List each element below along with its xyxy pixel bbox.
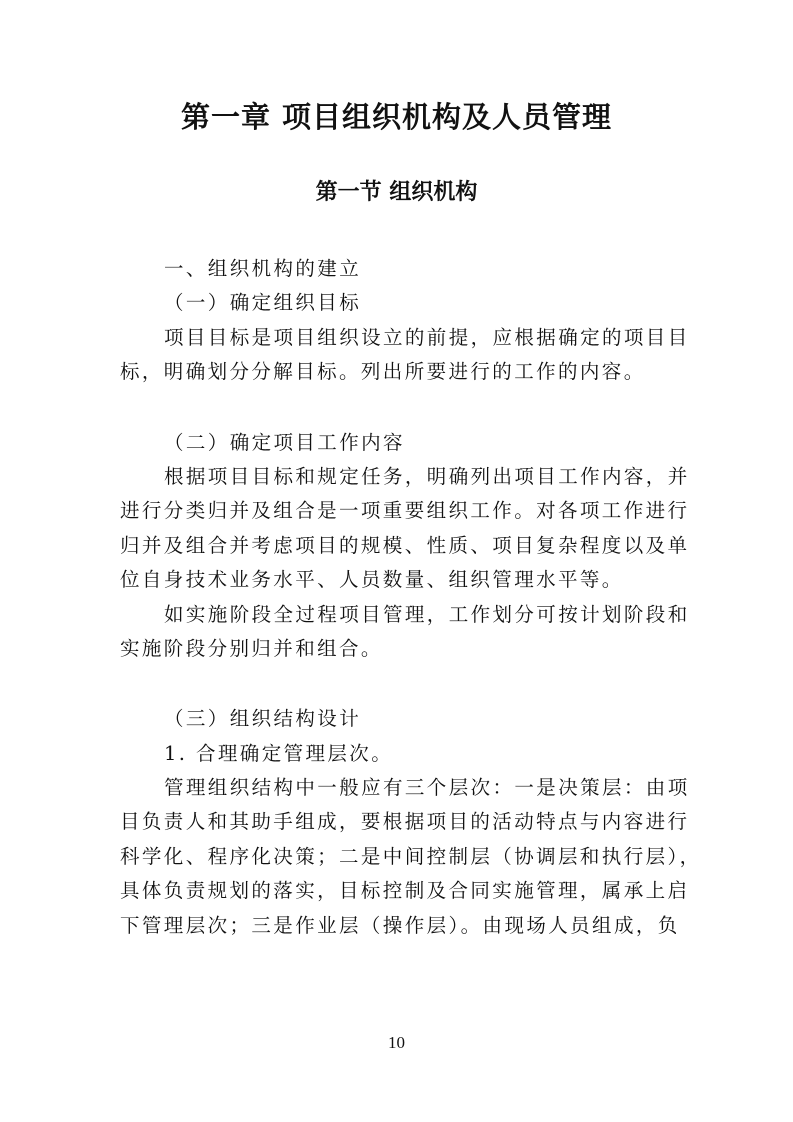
paragraph-work-content: 根据项目目标和规定任务，明确列出项目工作内容，并 进行分类归并及组合是一项重要组… bbox=[120, 460, 674, 598]
paragraph-line: 进行分类归并及组合是一项重要组织工作。对各项工作进行 bbox=[120, 494, 674, 528]
paragraph-goals: 项目目标是项目组织设立的前提，应根据确定的项目目 标，明确划分分解目标。列出所要… bbox=[120, 321, 674, 390]
list-item-management-levels: 1. 合理确定管理层次。 bbox=[120, 737, 674, 771]
paragraph-line: 目负责人和其助手组成，要根据项目的活动特点与内容进行 bbox=[120, 805, 674, 839]
subheading-structure-design: （三）组织结构设计 bbox=[120, 702, 674, 736]
paragraph-gap bbox=[120, 390, 674, 426]
document-page: 第一章 项目组织机构及人员管理 第一节 组织机构 一、组织机构的建立 （一）确定… bbox=[0, 0, 793, 1122]
paragraph-line: 科学化、程序化决策；二是中间控制层（协调层和执行层）， bbox=[120, 840, 674, 874]
subheading-work-content: （二）确定项目工作内容 bbox=[120, 426, 674, 460]
paragraph-line: 项目目标是项目组织设立的前提，应根据确定的项目目 bbox=[120, 321, 674, 355]
paragraph-implementation: 如实施阶段全过程项目管理，工作划分可按计划阶段和 实施阶段分别归并和组合。 bbox=[120, 598, 674, 667]
paragraph-line: 归并及组合并考虑项目的规模、性质、项目复杂程度以及单 bbox=[120, 529, 674, 563]
page-number: 10 bbox=[0, 1033, 793, 1053]
paragraph-line: 管理组织结构中一般应有三个层次：一是决策层：由项 bbox=[120, 771, 674, 805]
heading-organization-setup: 一、组织机构的建立 bbox=[120, 252, 674, 286]
paragraph-line: 标，明确划分分解目标。列出所要进行的工作的内容。 bbox=[120, 355, 674, 389]
paragraph-levels: 管理组织结构中一般应有三个层次：一是决策层：由项 目负责人和其助手组成，要根据项… bbox=[120, 771, 674, 943]
paragraph-line: 根据项目目标和规定任务，明确列出项目工作内容，并 bbox=[120, 460, 674, 494]
section-title: 第一节 组织机构 bbox=[0, 175, 793, 206]
paragraph-line: 下管理层次；三是作业层（操作层）。由现场人员组成，负 bbox=[120, 909, 674, 943]
body-text: 一、组织机构的建立 （一）确定组织目标 项目目标是项目组织设立的前提，应根据确定… bbox=[120, 252, 674, 943]
paragraph-line: 具体负责规划的落实，目标控制及合同实施管理，属承上启 bbox=[120, 874, 674, 908]
paragraph-line: 位自身技术业务水平、人员数量、组织管理水平等。 bbox=[120, 563, 674, 597]
paragraph-line: 实施阶段分别归并和组合。 bbox=[120, 632, 674, 666]
paragraph-line: 如实施阶段全过程项目管理，工作划分可按计划阶段和 bbox=[120, 598, 674, 632]
chapter-title: 第一章 项目组织机构及人员管理 bbox=[0, 95, 793, 136]
paragraph-gap bbox=[120, 666, 674, 702]
subheading-define-goals: （一）确定组织目标 bbox=[120, 286, 674, 320]
